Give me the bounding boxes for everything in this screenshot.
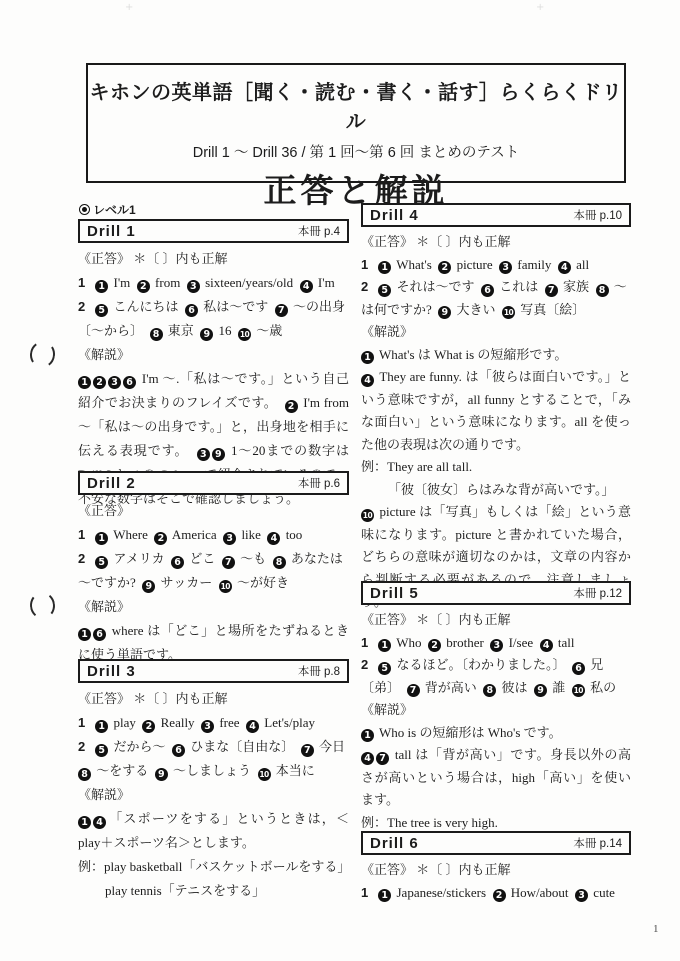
drill-3-header: Drill 3 本冊 p.8 [78,659,349,683]
answer-items: 5 だから～ 6 ひまな〔自由な〕 7 今日 8 ～をする 9 ～しましょう 1… [78,739,352,778]
question-number: 1 [78,527,85,542]
question-number: 2 [78,299,85,314]
question-number: 1 [361,635,368,650]
seitou-label: 《正答》 ＊〔 〕内も正解 [361,609,631,632]
answer-line: 11 I'm 2 from 3 sixteen/years/old 4 I'm [78,271,349,295]
explanation-paragraph: 4 They are funny. は「彼らは面白いです。」という意味ですが，a… [361,366,631,456]
explanation-paragraph: 1 Who is の短縮形は Who's です。 [361,722,631,745]
kaisetsu-label: 《解説》 [78,783,349,807]
punch-hole-mark [28,339,57,370]
registration-cross-icon: + [125,2,133,13]
drill-4-section: Drill 4 本冊 p.10 《正答》 ＊〔 〕内も正解 11 What's … [361,203,631,614]
drill-3-section: Drill 3 本冊 p.8 《正答》 ＊〔 〕内も正解 11 play 2 R… [78,659,349,903]
question-number: 2 [78,739,85,754]
kaisetsu-label: 《解説》 [361,699,631,722]
answer-items: 1 Japanese/stickers 2 How/about 3 cute [378,885,615,900]
answer-line: 25 アメリカ 6 どこ 7 ～も 8 あなたは～ですか? 9 サッカー 10 … [78,547,349,595]
question-number: 1 [361,885,368,900]
explanation-paragraph: 1 What's は What is の短縮形です。 [361,344,631,367]
drill-2-section: Drill 2 本冊 p.6 《正答》 11 Where 2 America 3… [78,471,349,667]
page-number: 1 [653,923,659,935]
question-number: 1 [78,275,85,290]
question-number: 2 [361,279,368,294]
answer-items: 1 I'm 2 from 3 sixteen/years/old 4 I'm [95,275,334,290]
example-line: 「彼〔彼女〕らはみな背が高いです。」 [361,479,631,502]
level-label: レベル1 [79,201,136,218]
drill-6-section: Drill 6 本冊 p.14 《正答》 ＊〔 〕内も正解 11 Japanes… [361,831,631,904]
drill-page-ref: 本冊 p.8 [298,663,340,679]
answer-line: 25 こんにちは 6 私は～です 7 ～の出身〔～から〕 8 東京 9 16 1… [78,295,349,343]
seitou-label: 《正答》 [78,499,349,523]
drill-page-ref: 本冊 p.12 [573,585,622,601]
example-line: play tennis「テニスをする」 [78,879,349,903]
answer-line: 25 それは～です 6 これは 7 家族 8 ～は何ですか? 9 大きい 10 … [361,276,631,321]
answer-line: 11 Japanese/stickers 2 How/about 3 cute [361,882,631,905]
explanation-paragraph: 14「スポーツをする」というときは，＜play＋スポーツ名＞とします。 [78,807,349,855]
seitou-label: 《正答》 ＊〔 〕内も正解 [78,247,349,271]
scanned-answer-page: + + キホンの英単語［聞く・読む・書く・話す］らくらくドリル Drill 1 … [0,0,680,961]
level-label-text: レベル1 [93,201,136,218]
kaisetsu-label: 《解説》 [78,343,349,367]
fisheye-bullet-icon [79,204,90,215]
seitou-label: 《正答》 ＊〔 〕内も正解 [78,687,349,711]
drill-title: Drill 3 [87,663,136,680]
example-line: 例：They are all tall. [361,456,631,479]
seitou-label: 《正答》 ＊〔 〕内も正解 [361,859,631,882]
answer-items: 1 play 2 Really 3 free 4 Let's/play [95,715,315,730]
drill-page-ref: 本冊 p.14 [573,835,622,851]
drill-title: Drill 6 [370,835,419,852]
answer-line: 25 だから～ 6 ひまな〔自由な〕 7 今日 8 ～をする 9 ～しましょう … [78,735,349,783]
question-number: 2 [361,657,368,672]
kaisetsu-label: 《解説》 [78,595,349,619]
drill-page-ref: 本冊 p.10 [573,207,622,223]
answer-line: 11 play 2 Really 3 free 4 Let's/play [78,711,349,735]
registration-cross-icon: + [536,2,544,13]
answer-items: 1 Who 2 brother 3 I/see 4 tall [378,635,574,650]
drill-1-section: Drill 1 本冊 p.4 《正答》 ＊〔 〕内も正解 11 I'm 2 fr… [78,219,349,511]
seitou-label: 《正答》 ＊〔 〕内も正解 [361,231,631,254]
question-number: 2 [78,551,85,566]
drill-title: Drill 1 [87,223,136,240]
drill-4-header: Drill 4 本冊 p.10 [361,203,631,227]
drill-title: Drill 5 [370,585,419,602]
drill-5-header: Drill 5 本冊 p.12 [361,581,631,605]
drill-6-header: Drill 6 本冊 p.14 [361,831,631,855]
answer-items: 1 What's 2 picture 3 family 4 all [378,257,589,272]
kaisetsu-label: 《解説》 [361,321,631,344]
drill-page-ref: 本冊 p.4 [298,223,340,239]
answer-items: 5 なるほど。〔わかりました。〕 6 兄〔弟〕 7 背が高い 8 彼は 9 誰 … [361,657,616,695]
answer-line: 11 Where 2 America 3 like 4 too [78,523,349,547]
answer-items: 5 アメリカ 6 どこ 7 ～も 8 あなたは～ですか? 9 サッカー 10 ～… [78,551,343,590]
book-title: キホンの英単語［聞く・読む・書く・話す］らくらくドリル [88,76,624,134]
drill-page-ref: 本冊 p.6 [298,475,340,491]
answer-items: 1 Where 2 America 3 like 4 too [95,527,302,542]
answer-line: 25 なるほど。〔わかりました。〕 6 兄〔弟〕 7 背が高い 8 彼は 9 誰… [361,654,631,699]
answer-line: 11 Who 2 brother 3 I/see 4 tall [361,632,631,655]
drill-title: Drill 2 [87,475,136,492]
drill-5-section: Drill 5 本冊 p.12 《正答》 ＊〔 〕内も正解 11 Who 2 b… [361,581,631,857]
book-subtitle: Drill 1 ～ Drill 36 / 第 1 回～第 6 回 まとめのテスト [88,141,624,162]
answer-items: 5 それは～です 6 これは 7 家族 8 ～は何ですか? 9 大きい 10 写… [361,279,627,317]
question-number: 1 [361,257,368,272]
question-number: 1 [78,715,85,730]
drill-title: Drill 4 [370,207,419,224]
book-title-box: キホンの英単語［聞く・読む・書く・話す］らくらくドリル Drill 1 ～ Dr… [86,63,626,183]
answer-items: 5 こんにちは 6 私は～です 7 ～の出身〔～から〕 8 東京 9 16 10… [78,299,345,338]
example-line: 例：play basketball「バスケットボールをする」 [78,855,349,879]
drill-1-header: Drill 1 本冊 p.4 [78,219,349,243]
punch-hole-mark [29,591,57,620]
drill-2-header: Drill 2 本冊 p.6 [78,471,349,495]
answer-line: 11 What's 2 picture 3 family 4 all [361,254,631,277]
explanation-paragraph: 47 tall は「背が高い」です。身長以外の高さが高いという場合は，high「… [361,744,631,812]
